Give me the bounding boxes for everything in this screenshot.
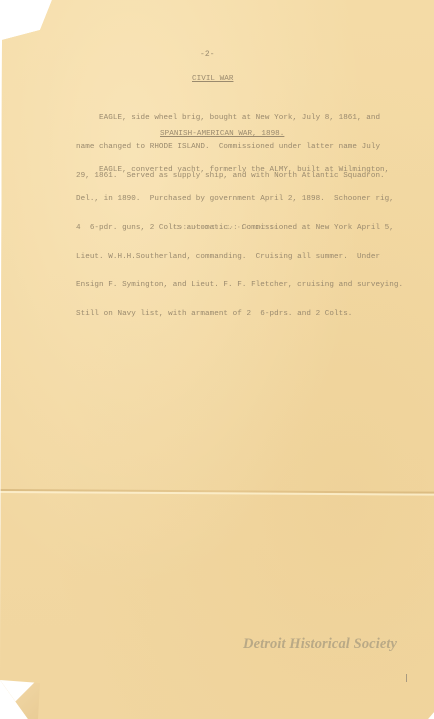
text-line: Del., in 1890. Purchased by government A… xyxy=(76,195,403,205)
pencil-mark xyxy=(406,674,407,682)
document-page: -2- CIVIL WAR EAGLE, side wheel brig, bo… xyxy=(0,0,434,719)
text-line: Lieut. W.H.H.Southerland, commanding. Cr… xyxy=(76,253,403,263)
spanish-american-war-paragraph: EAGLE, converted yacht, formerly the ALM… xyxy=(76,147,403,339)
page-number: -2- xyxy=(200,50,215,60)
text-line: EAGLE, converted yacht, formerly the ALM… xyxy=(76,166,403,176)
text-line: Still on Navy list, with armament of 2 6… xyxy=(76,310,403,320)
text-line: EAGLE, side wheel brig, bought at New Yo… xyxy=(76,114,385,124)
section-divider: ·:·:·:·:·:·:·:·:·:·:·:·:·:·:· xyxy=(172,224,276,234)
section-heading-spanish-american-war: SPANISH-AMERICAN WAR, 1898. xyxy=(160,130,284,140)
folded-corner xyxy=(0,680,42,719)
watermark-detroit-historical-society: Detroit Historical Society xyxy=(243,636,397,653)
text-line: Ensign F. Symington, and Lieut. F. F. Fl… xyxy=(76,281,403,291)
section-heading-civil-war: CIVIL WAR xyxy=(192,75,233,85)
